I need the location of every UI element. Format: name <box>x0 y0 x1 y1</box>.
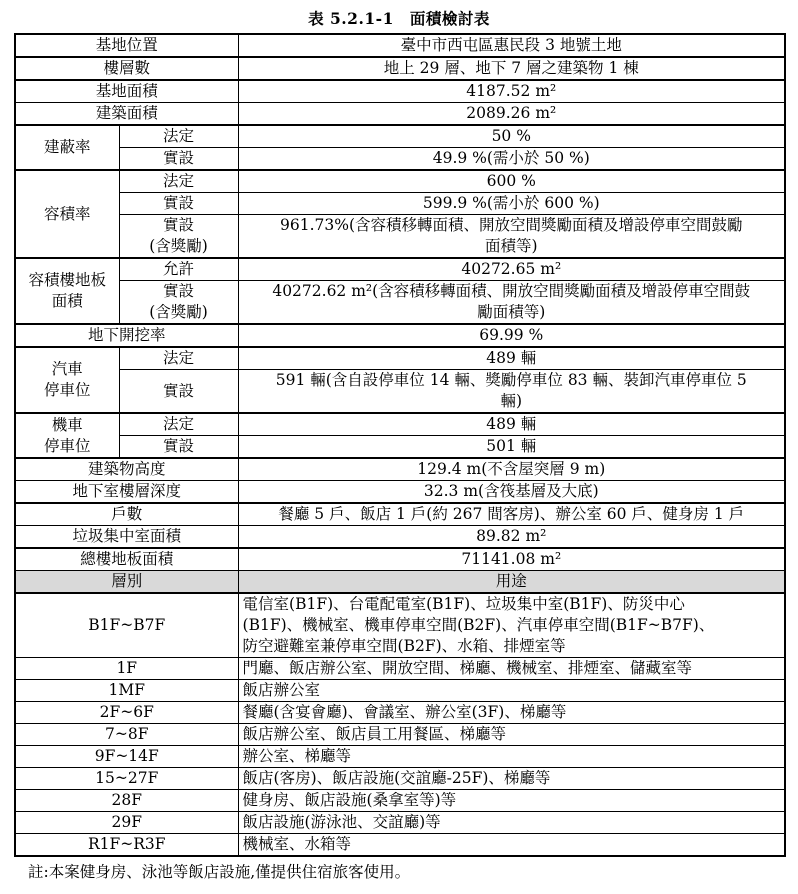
label-building-height: 建築物高度 <box>15 458 238 481</box>
label-garbage-room-area: 垃圾集中室面積 <box>15 526 238 549</box>
usage-9f14f: 辦公室、梯廳等 <box>238 746 785 768</box>
row-moto-parking-legal: 機車 停車位 法定 489 輛 <box>15 413 785 436</box>
value-coverage-legal: 50 % <box>238 125 785 148</box>
sublabel-far-actual: 實設 <box>119 193 238 215</box>
value-floorarea-actual: 40272.62 m²(含容積移轉面積、開放空間獎勵面積及增設停車空間鼓 勵面積… <box>238 281 785 325</box>
usage-15f27f: 飯店(客房)、飯店設施(交誼廳-25F)、梯廳等 <box>238 768 785 790</box>
value-total-floor-area: 71141.08 m² <box>238 548 785 571</box>
usage-b1b7: 電信室(B1F)、台電配電室(B1F)、垃圾集中室(B1F)、防災中心 (B1F… <box>238 593 785 658</box>
row-site-location: 基地位置 臺中市西屯區惠民段 3 地號土地 <box>15 34 785 57</box>
usage-29f: 飯店設施(游泳池、交誼廳)等 <box>238 812 785 834</box>
value-coverage-actual: 49.9 %(需小於 50 %) <box>238 148 785 171</box>
value-site-area: 4187.52 m² <box>238 80 785 103</box>
usage-7f8f: 飯店辦公室、飯店員工用餐區、梯廳等 <box>238 724 785 746</box>
value-floorarea-allowed: 40272.65 m² <box>238 258 785 281</box>
sublabel-coverage-actual: 實設 <box>119 148 238 171</box>
row-building-height: 建築物高度 129.4 m(不含屋突層 9 m) <box>15 458 785 481</box>
label-floorarea-group: 容積樓地板 面積 <box>15 258 119 324</box>
label-far-group: 容積率 <box>15 170 119 258</box>
row-floor-b1b7: B1F~B7F 電信室(B1F)、台電配電室(B1F)、垃圾集中室(B1F)、防… <box>15 593 785 658</box>
usage-2f6f: 餐廳(含宴會廳)、會議室、辦公室(3F)、梯廳等 <box>238 702 785 724</box>
usage-r1r3: 機械室、水箱等 <box>238 834 785 857</box>
area-review-table: 基地位置 臺中市西屯區惠民段 3 地號土地 樓層數 地上 29 層、地下 7 層… <box>14 33 786 857</box>
row-floor-2f6f: 2F~6F 餐廳(含宴會廳)、會議室、辦公室(3F)、梯廳等 <box>15 702 785 724</box>
value-site-location: 臺中市西屯區惠民段 3 地號土地 <box>238 34 785 57</box>
value-far-actual: 599.9 %(需小於 600 %) <box>238 193 785 215</box>
row-building-area: 建築面積 2089.26 m² <box>15 103 785 126</box>
value-excavation: 69.99 % <box>238 324 785 347</box>
value-far-actual-incentive: 961.73%(含容積移轉面積、開放空間獎勵面積及增設停車空間鼓勵 面積等) <box>238 215 785 259</box>
footnote: 註:本案健身房、泳池等飯店設施,僅提供住宿旅客使用。 <box>28 862 798 883</box>
row-site-area: 基地面積 4187.52 m² <box>15 80 785 103</box>
sublabel-coverage-legal: 法定 <box>119 125 238 148</box>
row-unit-count: 戶數 餐廳 5 戶、飯店 1 戶(約 267 間客房)、辦公室 60 戶、健身房… <box>15 503 785 526</box>
row-floorarea-allowed: 容積樓地板 面積 允許 40272.65 m² <box>15 258 785 281</box>
sublabel-moto-parking-actual: 實設 <box>119 436 238 459</box>
value-moto-parking-actual: 501 輛 <box>238 436 785 459</box>
level-b1b7: B1F~B7F <box>15 593 238 658</box>
sublabel-car-parking-legal: 法定 <box>119 347 238 370</box>
row-floor-9f14f: 9F~14F 辦公室、梯廳等 <box>15 746 785 768</box>
row-garbage-room-area: 垃圾集中室面積 89.82 m² <box>15 526 785 549</box>
level-15f27f: 15~27F <box>15 768 238 790</box>
usage-28f: 健身房、飯店設施(桑拿室等)等 <box>238 790 785 812</box>
row-floorarea-actual: 實設 (含獎勵) 40272.62 m²(含容積移轉面積、開放空間獎勵面積及增設… <box>15 281 785 325</box>
level-1f: 1F <box>15 658 238 680</box>
sublabel-far-legal: 法定 <box>119 170 238 193</box>
label-building-area: 建築面積 <box>15 103 238 126</box>
level-2f6f: 2F~6F <box>15 702 238 724</box>
row-floor-7f8f: 7~8F 飯店辦公室、飯店員工用餐區、梯廳等 <box>15 724 785 746</box>
sublabel-far-actual-incentive: 實設 (含獎勵) <box>119 215 238 259</box>
value-building-height: 129.4 m(不含屋突層 9 m) <box>238 458 785 481</box>
row-floor-1f: 1F 門廳、飯店辦公室、開放空間、梯廳、機械室、排煙室、儲藏室等 <box>15 658 785 680</box>
row-excavation: 地下開挖率 69.99 % <box>15 324 785 347</box>
value-moto-parking-legal: 489 輛 <box>238 413 785 436</box>
sublabel-car-parking-actual: 實設 <box>119 370 238 414</box>
row-far-actual: 實設 599.9 %(需小於 600 %) <box>15 193 785 215</box>
value-floor-count: 地上 29 層、地下 7 層之建築物 1 棟 <box>238 57 785 80</box>
row-moto-parking-actual: 實設 501 輛 <box>15 436 785 459</box>
level-28f: 28F <box>15 790 238 812</box>
label-site-location: 基地位置 <box>15 34 238 57</box>
value-far-legal: 600 % <box>238 170 785 193</box>
level-9f14f: 9F~14F <box>15 746 238 768</box>
value-basement-depth: 32.3 m(含筏基層及大底) <box>238 481 785 504</box>
row-floor-15f27f: 15~27F 飯店(客房)、飯店設施(交誼廳-25F)、梯廳等 <box>15 768 785 790</box>
value-garbage-room-area: 89.82 m² <box>238 526 785 549</box>
label-car-parking-group: 汽車 停車位 <box>15 347 119 413</box>
value-car-parking-actual: 591 輛(含自設停車位 14 輛、獎勵停車位 83 輛、裝卸汽車停車位 5 輛… <box>238 370 785 414</box>
header-level: 層別 <box>15 571 238 594</box>
value-building-area: 2089.26 m² <box>238 103 785 126</box>
row-car-parking-actual: 實設 591 輛(含自設停車位 14 輛、獎勵停車位 83 輛、裝卸汽車停車位 … <box>15 370 785 414</box>
row-floor-count: 樓層數 地上 29 層、地下 7 層之建築物 1 棟 <box>15 57 785 80</box>
header-usage: 用途 <box>238 571 785 594</box>
value-car-parking-legal: 489 輛 <box>238 347 785 370</box>
level-7f8f: 7~8F <box>15 724 238 746</box>
label-excavation: 地下開挖率 <box>15 324 238 347</box>
sublabel-moto-parking-legal: 法定 <box>119 413 238 436</box>
usage-1mf: 飯店辦公室 <box>238 680 785 702</box>
row-floor-28f: 28F 健身房、飯店設施(桑拿室等)等 <box>15 790 785 812</box>
row-total-floor-area: 總樓地板面積 71141.08 m² <box>15 548 785 571</box>
row-floors-header: 層別 用途 <box>15 571 785 594</box>
value-unit-count: 餐廳 5 戶、飯店 1 戶(約 267 間客房)、辦公室 60 戶、健身房 1 … <box>238 503 785 526</box>
usage-1f: 門廳、飯店辦公室、開放空間、梯廳、機械室、排煙室、儲藏室等 <box>238 658 785 680</box>
label-basement-depth: 地下室樓層深度 <box>15 481 238 504</box>
row-far-legal: 容積率 法定 600 % <box>15 170 785 193</box>
row-coverage-actual: 實設 49.9 %(需小於 50 %) <box>15 148 785 171</box>
row-basement-depth: 地下室樓層深度 32.3 m(含筏基層及大底) <box>15 481 785 504</box>
sublabel-floorarea-allowed: 允許 <box>119 258 238 281</box>
row-floor-29f: 29F 飯店設施(游泳池、交誼廳)等 <box>15 812 785 834</box>
page-title: 表 5.2.1-1 面積檢討表 <box>0 7 798 29</box>
row-floor-1mf: 1MF 飯店辦公室 <box>15 680 785 702</box>
level-29f: 29F <box>15 812 238 834</box>
row-floor-r1r3: R1F~R3F 機械室、水箱等 <box>15 834 785 857</box>
row-coverage-legal: 建蔽率 法定 50 % <box>15 125 785 148</box>
label-coverage-group: 建蔽率 <box>15 125 119 170</box>
label-floor-count: 樓層數 <box>15 57 238 80</box>
label-site-area: 基地面積 <box>15 80 238 103</box>
sublabel-floorarea-actual: 實設 (含獎勵) <box>119 281 238 325</box>
row-far-actual-incentive: 實設 (含獎勵) 961.73%(含容積移轉面積、開放空間獎勵面積及增設停車空間… <box>15 215 785 259</box>
label-total-floor-area: 總樓地板面積 <box>15 548 238 571</box>
level-1mf: 1MF <box>15 680 238 702</box>
label-unit-count: 戶數 <box>15 503 238 526</box>
label-moto-parking-group: 機車 停車位 <box>15 413 119 458</box>
row-car-parking-legal: 汽車 停車位 法定 489 輛 <box>15 347 785 370</box>
level-r1r3: R1F~R3F <box>15 834 238 857</box>
